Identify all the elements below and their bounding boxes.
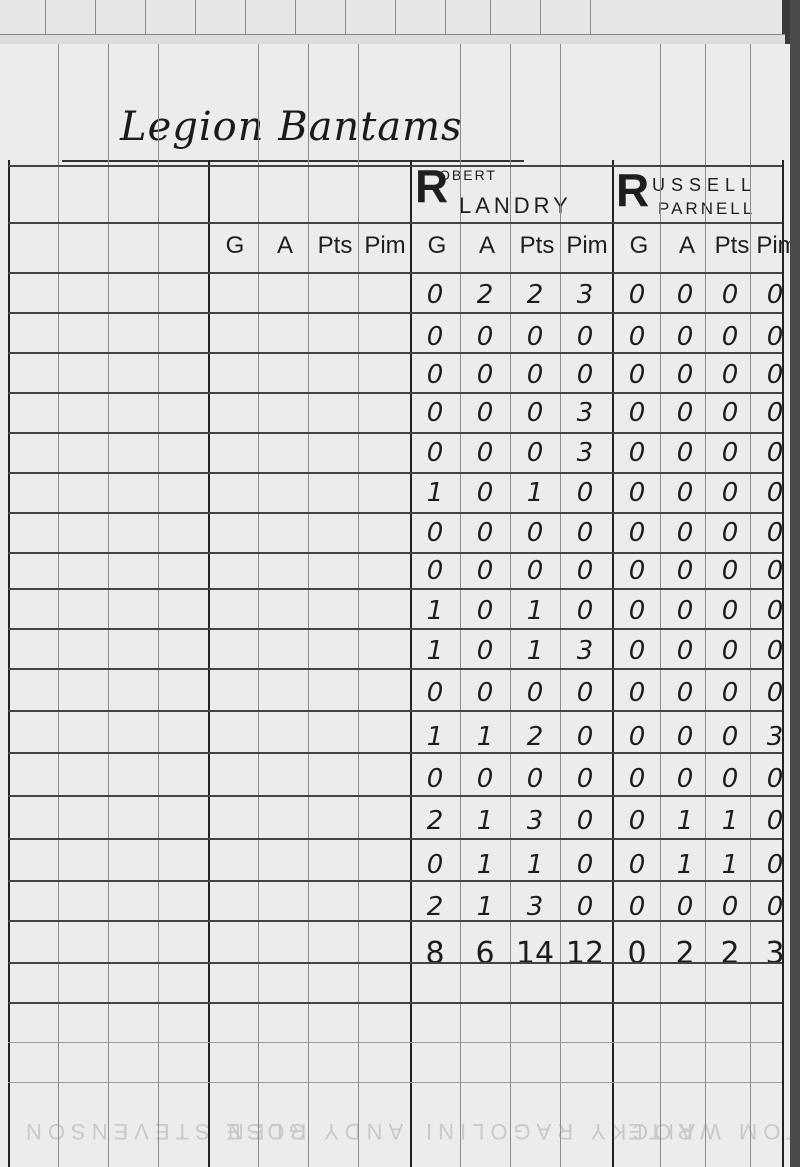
stat-cell: 0 [512, 322, 558, 352]
stat-cell: 0 [614, 764, 660, 794]
stat-cell: 0 [662, 518, 708, 548]
stat-cell: 0 [412, 764, 458, 794]
stat-cell: 0 [662, 398, 708, 428]
stat-cell: 0 [662, 280, 708, 310]
grid-line [750, 44, 751, 1167]
stat-cell: 0 [707, 556, 753, 586]
stat-cell: 0 [512, 398, 558, 428]
grid-line [560, 44, 561, 1167]
stat-cell: 3 [512, 806, 558, 836]
stat-header-g: G [412, 232, 462, 260]
row-line [8, 920, 782, 922]
stat-cell: 0 [412, 360, 458, 390]
stat-cell: 0 [614, 596, 660, 626]
stat-cell: 0 [614, 892, 660, 922]
stat-card: Legion Bantams R Obert Landry R ussell P… [0, 44, 790, 1167]
row-line [8, 552, 782, 554]
bleed-through-name: ANDY ROSE [220, 1118, 403, 1144]
player-last-name: Parnell [658, 199, 755, 219]
stat-cell: 0 [412, 678, 458, 708]
stat-cell: 0 [462, 596, 508, 626]
stat-cell: 0 [662, 360, 708, 390]
stat-cell: 0 [512, 438, 558, 468]
grid-line [660, 44, 661, 1167]
row-line [8, 752, 782, 754]
total-cell: 8 [412, 936, 458, 971]
grid-line [58, 44, 59, 1167]
stat-cell: 1 [462, 722, 508, 752]
stat-cell: 0 [614, 556, 660, 586]
stat-cell: 0 [707, 280, 753, 310]
stat-header-pim: Pim [360, 232, 410, 260]
stat-cell: 1 [412, 478, 458, 508]
row-line [8, 962, 782, 964]
total-cell: 2 [707, 936, 753, 971]
stat-cell: 3 [562, 636, 608, 666]
row-line [8, 838, 782, 840]
stat-cell: 1 [512, 850, 558, 880]
stat-cell: 0 [562, 478, 608, 508]
total-cell: 14 [512, 936, 558, 971]
row-line [8, 1002, 782, 1004]
stat-cell: 3 [562, 398, 608, 428]
stat-cell: 0 [512, 360, 558, 390]
grid-line [258, 44, 259, 1167]
stat-cell: 0 [662, 322, 708, 352]
stat-cell: 1 [462, 806, 508, 836]
stat-cell: 0 [707, 764, 753, 794]
stat-cell: 2 [512, 280, 558, 310]
stat-cell: 0 [512, 678, 558, 708]
team-title: Legion Bantams [120, 104, 463, 150]
stat-cell: 0 [562, 322, 608, 352]
stat-cell: 0 [462, 764, 508, 794]
total-cell: 2 [662, 936, 708, 971]
grid-line [108, 44, 109, 1167]
stat-cell: 0 [662, 636, 708, 666]
stat-cell: 0 [562, 722, 608, 752]
stat-cell: 0 [614, 280, 660, 310]
stat-cell: 0 [462, 322, 508, 352]
stat-cell: 0 [412, 438, 458, 468]
row-line [8, 668, 782, 670]
bleed-through-name: TOM WAITE [622, 1118, 799, 1144]
stat-cell: 2 [412, 806, 458, 836]
stat-cell: 0 [662, 556, 708, 586]
total-cell: 6 [462, 936, 508, 971]
stat-cell: 0 [707, 636, 753, 666]
stat-cell: 2 [462, 280, 508, 310]
stat-cell: 0 [412, 556, 458, 586]
stat-cell: 0 [662, 478, 708, 508]
stat-cell: 1 [412, 722, 458, 752]
stat-cell: 0 [512, 556, 558, 586]
stat-header-a: A [462, 232, 512, 260]
stat-cell: 0 [412, 850, 458, 880]
stat-cell: 0 [614, 478, 660, 508]
stat-header-g: G [614, 232, 664, 260]
stat-cell: 0 [512, 518, 558, 548]
stat-cell: 2 [412, 892, 458, 922]
stat-cell: 0 [412, 322, 458, 352]
stat-cell: 2 [512, 722, 558, 752]
stat-cell: 0 [512, 764, 558, 794]
row-line [8, 628, 782, 630]
player-initial: R [616, 163, 649, 217]
row-line [8, 392, 782, 394]
total-cell: 12 [562, 936, 608, 971]
stat-cell: 0 [614, 518, 660, 548]
stat-cell: 0 [707, 438, 753, 468]
grid-line [510, 44, 511, 1167]
stat-cell: 1 [662, 806, 708, 836]
player-last-name: Landry [459, 193, 572, 219]
stat-cell: 1 [412, 636, 458, 666]
stat-cell: 0 [462, 636, 508, 666]
stat-cell: 0 [662, 722, 708, 752]
stat-cell: 0 [462, 438, 508, 468]
stat-cell: 0 [662, 892, 708, 922]
stat-cell: 0 [562, 360, 608, 390]
stat-cell: 0 [707, 360, 753, 390]
stat-cell: 0 [662, 764, 708, 794]
stat-cell: 1 [512, 478, 558, 508]
stat-cell: 1 [512, 596, 558, 626]
grid-line [460, 44, 461, 1167]
stat-cell: 0 [412, 518, 458, 548]
row-line [8, 710, 782, 712]
stat-cell: 0 [614, 636, 660, 666]
row-line [8, 432, 782, 434]
row-line [8, 1082, 782, 1083]
stat-cell: 0 [462, 478, 508, 508]
grid-line [358, 44, 359, 1167]
stat-cell: 1 [707, 806, 753, 836]
stat-cell: 0 [462, 518, 508, 548]
row-line [8, 352, 782, 354]
stat-cell: 0 [562, 850, 608, 880]
stat-cell: 0 [412, 280, 458, 310]
row-line [8, 795, 782, 797]
stat-cell: 0 [614, 398, 660, 428]
stat-header-g: G [210, 232, 260, 260]
stat-cell: 1 [462, 892, 508, 922]
row-line [8, 1042, 782, 1043]
stat-cell: 0 [707, 322, 753, 352]
player-first-name: Obert [439, 167, 497, 183]
row-line [8, 165, 782, 167]
stat-cell: 1 [462, 850, 508, 880]
stat-header-pim: Pim [562, 232, 612, 260]
stat-cell: 1 [662, 850, 708, 880]
stat-header-pts: Pts [310, 232, 360, 260]
stat-cell: 0 [707, 892, 753, 922]
grid-line [158, 44, 159, 1167]
grid-line [308, 44, 309, 1167]
stat-cell: 0 [562, 678, 608, 708]
stat-cell: 0 [707, 518, 753, 548]
title-underline [62, 160, 524, 162]
stat-cell: 0 [614, 322, 660, 352]
row-line [8, 880, 782, 882]
stat-cell: 0 [412, 398, 458, 428]
stat-cell: 0 [707, 596, 753, 626]
stat-cell: 0 [614, 360, 660, 390]
stat-cell: 0 [614, 850, 660, 880]
stat-cell: 0 [707, 678, 753, 708]
stat-cell: 3 [562, 280, 608, 310]
stat-cell: 0 [562, 764, 608, 794]
stat-cell: 0 [662, 678, 708, 708]
stat-cell: 0 [614, 678, 660, 708]
row-line [8, 588, 782, 590]
stat-cell: 0 [707, 478, 753, 508]
stat-cell: 0 [562, 596, 608, 626]
stat-cell: 0 [462, 360, 508, 390]
stat-cell: 0 [562, 518, 608, 548]
grid-line [705, 44, 706, 1167]
stat-cell: 1 [412, 596, 458, 626]
stat-cell: 0 [614, 806, 660, 836]
stat-cell: 0 [462, 398, 508, 428]
row-line [8, 312, 782, 314]
row-line [8, 222, 782, 224]
stat-cell: 0 [462, 678, 508, 708]
stat-cell: 0 [562, 806, 608, 836]
total-cell: 0 [614, 936, 660, 971]
stat-cell: 0 [614, 722, 660, 752]
stat-cell: 1 [707, 850, 753, 880]
stat-cell: 0 [614, 438, 660, 468]
stat-header-pts: Pts [512, 232, 562, 260]
row-line [8, 472, 782, 474]
column-divider [782, 160, 784, 1167]
stat-cell: 0 [707, 398, 753, 428]
card-edge [790, 0, 800, 1167]
stat-cell: 1 [512, 636, 558, 666]
stat-cell: 0 [562, 892, 608, 922]
row-line [8, 512, 782, 514]
stat-cell: 0 [707, 722, 753, 752]
stat-header-a: A [260, 232, 310, 260]
stat-cell: 0 [462, 556, 508, 586]
stat-cell: 3 [512, 892, 558, 922]
row-line [8, 272, 782, 274]
stat-cell: 0 [662, 438, 708, 468]
stat-cell: 0 [662, 596, 708, 626]
stat-cell: 0 [562, 556, 608, 586]
stat-cell: 3 [562, 438, 608, 468]
